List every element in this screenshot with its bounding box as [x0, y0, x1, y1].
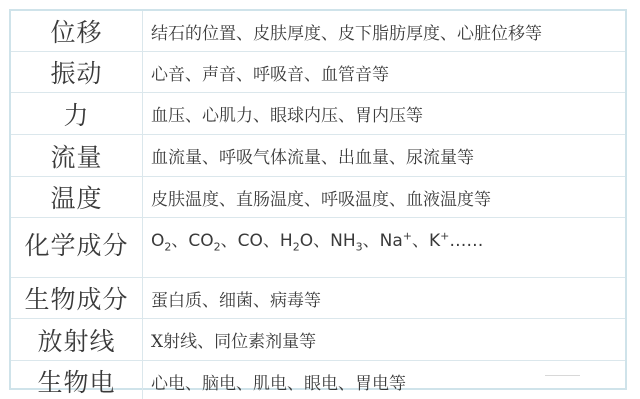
- formula-h2o: H2O: [280, 231, 313, 251]
- category-cell: 放射线: [11, 319, 143, 361]
- table-row: 化学成分 O2、CO2、CO、H2O、NH3、Na+、K+……: [11, 218, 625, 278]
- table-row: 生物成分 蛋白质、细菌、病毒等: [11, 278, 625, 319]
- table-row: 流量 血流量、呼吸气体流量、出血量、尿流量等: [11, 135, 625, 177]
- category-cell: 振动: [11, 52, 143, 93]
- table-row: 温度 皮肤温度、直肠温度、呼吸温度、血液温度等: [11, 177, 625, 218]
- examples-cell: 结石的位置、皮肤厚度、皮下脂肪厚度、心脏位移等: [143, 11, 626, 52]
- examples-cell: 皮肤温度、直肠温度、呼吸温度、血液温度等: [143, 177, 626, 218]
- category-cell: 力: [11, 93, 143, 135]
- category-cell: 温度: [11, 177, 143, 218]
- sensing-quantities-table: 位移 结石的位置、皮肤厚度、皮下脂肪厚度、心脏位移等 振动 心音、声音、呼吸音、…: [11, 11, 625, 399]
- watermark-mark: [545, 375, 580, 376]
- formula-nh3: NH3: [330, 231, 363, 251]
- ion-k: K+: [429, 231, 449, 251]
- category-cell: 化学成分: [11, 218, 143, 278]
- formula-o2: O2: [151, 231, 171, 251]
- category-cell: 生物成分: [11, 278, 143, 319]
- formula-co2: CO2: [188, 231, 220, 251]
- table-row: 放射线 X射线、同位素剂量等: [11, 319, 625, 361]
- examples-cell: 心电、脑电、肌电、眼电、胃电等: [143, 361, 626, 399]
- examples-cell: 血流量、呼吸气体流量、出血量、尿流量等: [143, 135, 626, 177]
- examples-cell: 蛋白质、细菌、病毒等: [143, 278, 626, 319]
- formula-co: CO: [238, 231, 263, 251]
- examples-cell-chemical: O2、CO2、CO、H2O、NH3、Na+、K+……: [143, 218, 626, 278]
- table-row: 位移 结石的位置、皮肤厚度、皮下脂肪厚度、心脏位移等: [11, 11, 625, 52]
- examples-cell: X射线、同位素剂量等: [143, 319, 626, 361]
- category-cell: 位移: [11, 11, 143, 52]
- examples-cell: 血压、心肌力、眼球内压、胃内压等: [143, 93, 626, 135]
- ion-na: Na+: [380, 231, 412, 251]
- examples-cell: 心音、声音、呼吸音、血管音等: [143, 52, 626, 93]
- table-row: 力 血压、心肌力、眼球内压、胃内压等: [11, 93, 625, 135]
- category-cell: 流量: [11, 135, 143, 177]
- table-row: 生物电 心电、脑电、肌电、眼电、胃电等: [11, 361, 625, 399]
- category-cell: 生物电: [11, 361, 143, 399]
- table-row: 振动 心音、声音、呼吸音、血管音等: [11, 52, 625, 93]
